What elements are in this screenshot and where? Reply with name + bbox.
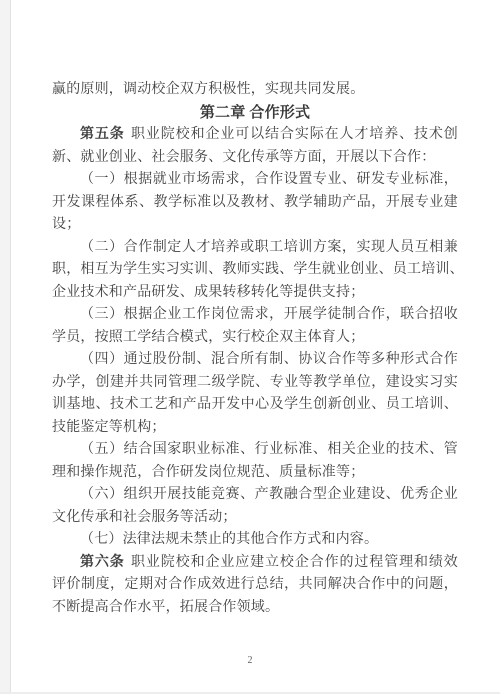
text-line: （一）根据就业市场需求，合作设置专业、研发专业标准， <box>52 169 458 192</box>
text-line: 不断提高合作水平，拓展合作领域。 <box>52 597 458 620</box>
text-line: （五）结合国家职业标准、行业标准、相关企业的技术、管 <box>52 439 458 462</box>
text-line: 设； <box>52 214 458 237</box>
text-line: （七）法律法规未禁止的其他合作方式和内容。 <box>52 529 458 552</box>
article-label: 第六条 <box>80 555 125 570</box>
article-label: 第五条 <box>80 127 125 142</box>
page-edge-shadow <box>0 0 11 692</box>
text-line: 新、就业创业、社会服务、文化传承等方面，开展以下合作： <box>52 147 458 170</box>
text-line: 开发课程体系、教学标准以及教材、教学辅助产品，开展专业建 <box>52 192 458 215</box>
text-line: 第六条职业院校和企业应建立校企合作的过程管理和绩效 <box>52 552 458 575</box>
text-line: （四）通过股份制、混合所有制、协议合作等多种形式合作 <box>52 349 458 372</box>
text-line: 办学，创建并共同管理二级学院、专业等教学单位，建设实习实 <box>52 372 458 395</box>
text-line: 文化传承和社会服务等活动； <box>52 507 458 530</box>
text-line: （二）合作制定人才培养或职工培训方案，实现人员互相兼 <box>52 237 458 260</box>
document-page: 赢的原则，调动校企双方积极性，实现共同发展。第二章 合作形式第五条职业院校和企业… <box>0 0 500 694</box>
text-line: 赢的原则，调动校企双方积极性，实现共同发展。 <box>52 79 458 102</box>
text-line: （三）根据企业工作岗位需求，开展学徒制合作，联合招收 <box>52 304 458 327</box>
chapter-heading: 第二章 合作形式 <box>52 102 458 125</box>
text-line: 理和操作规范，合作研发岗位规范、质量标准等； <box>52 462 458 485</box>
page-footer: 2 <box>0 650 500 668</box>
text-line: 评价制度，定期对合作成效进行总结，共同解决合作中的问题， <box>52 574 458 597</box>
text-line: 第五条职业院校和企业可以结合实际在人才培养、技术创 <box>52 124 458 147</box>
page-number: 2 <box>248 655 253 666</box>
text-line: 训基地、技术工艺和产品开发中心及学生创新创业、员工培训、 <box>52 394 458 417</box>
text-line: （六）组织开展技能竞赛、产教融合型企业建设、优秀企业 <box>52 484 458 507</box>
text-line: 职，相互为学生实习实训、教师实践、学生就业创业、员工培训、 <box>52 259 458 282</box>
text-line: 学员，按照工学结合模式，实行校企双主体育人； <box>52 327 458 350</box>
text-line: 技能鉴定等机构； <box>52 417 458 440</box>
text-block: 赢的原则，调动校企双方积极性，实现共同发展。第二章 合作形式第五条职业院校和企业… <box>52 79 458 619</box>
text-line: 企业技术和产品研发、成果转移转化等提供支持； <box>52 282 458 305</box>
